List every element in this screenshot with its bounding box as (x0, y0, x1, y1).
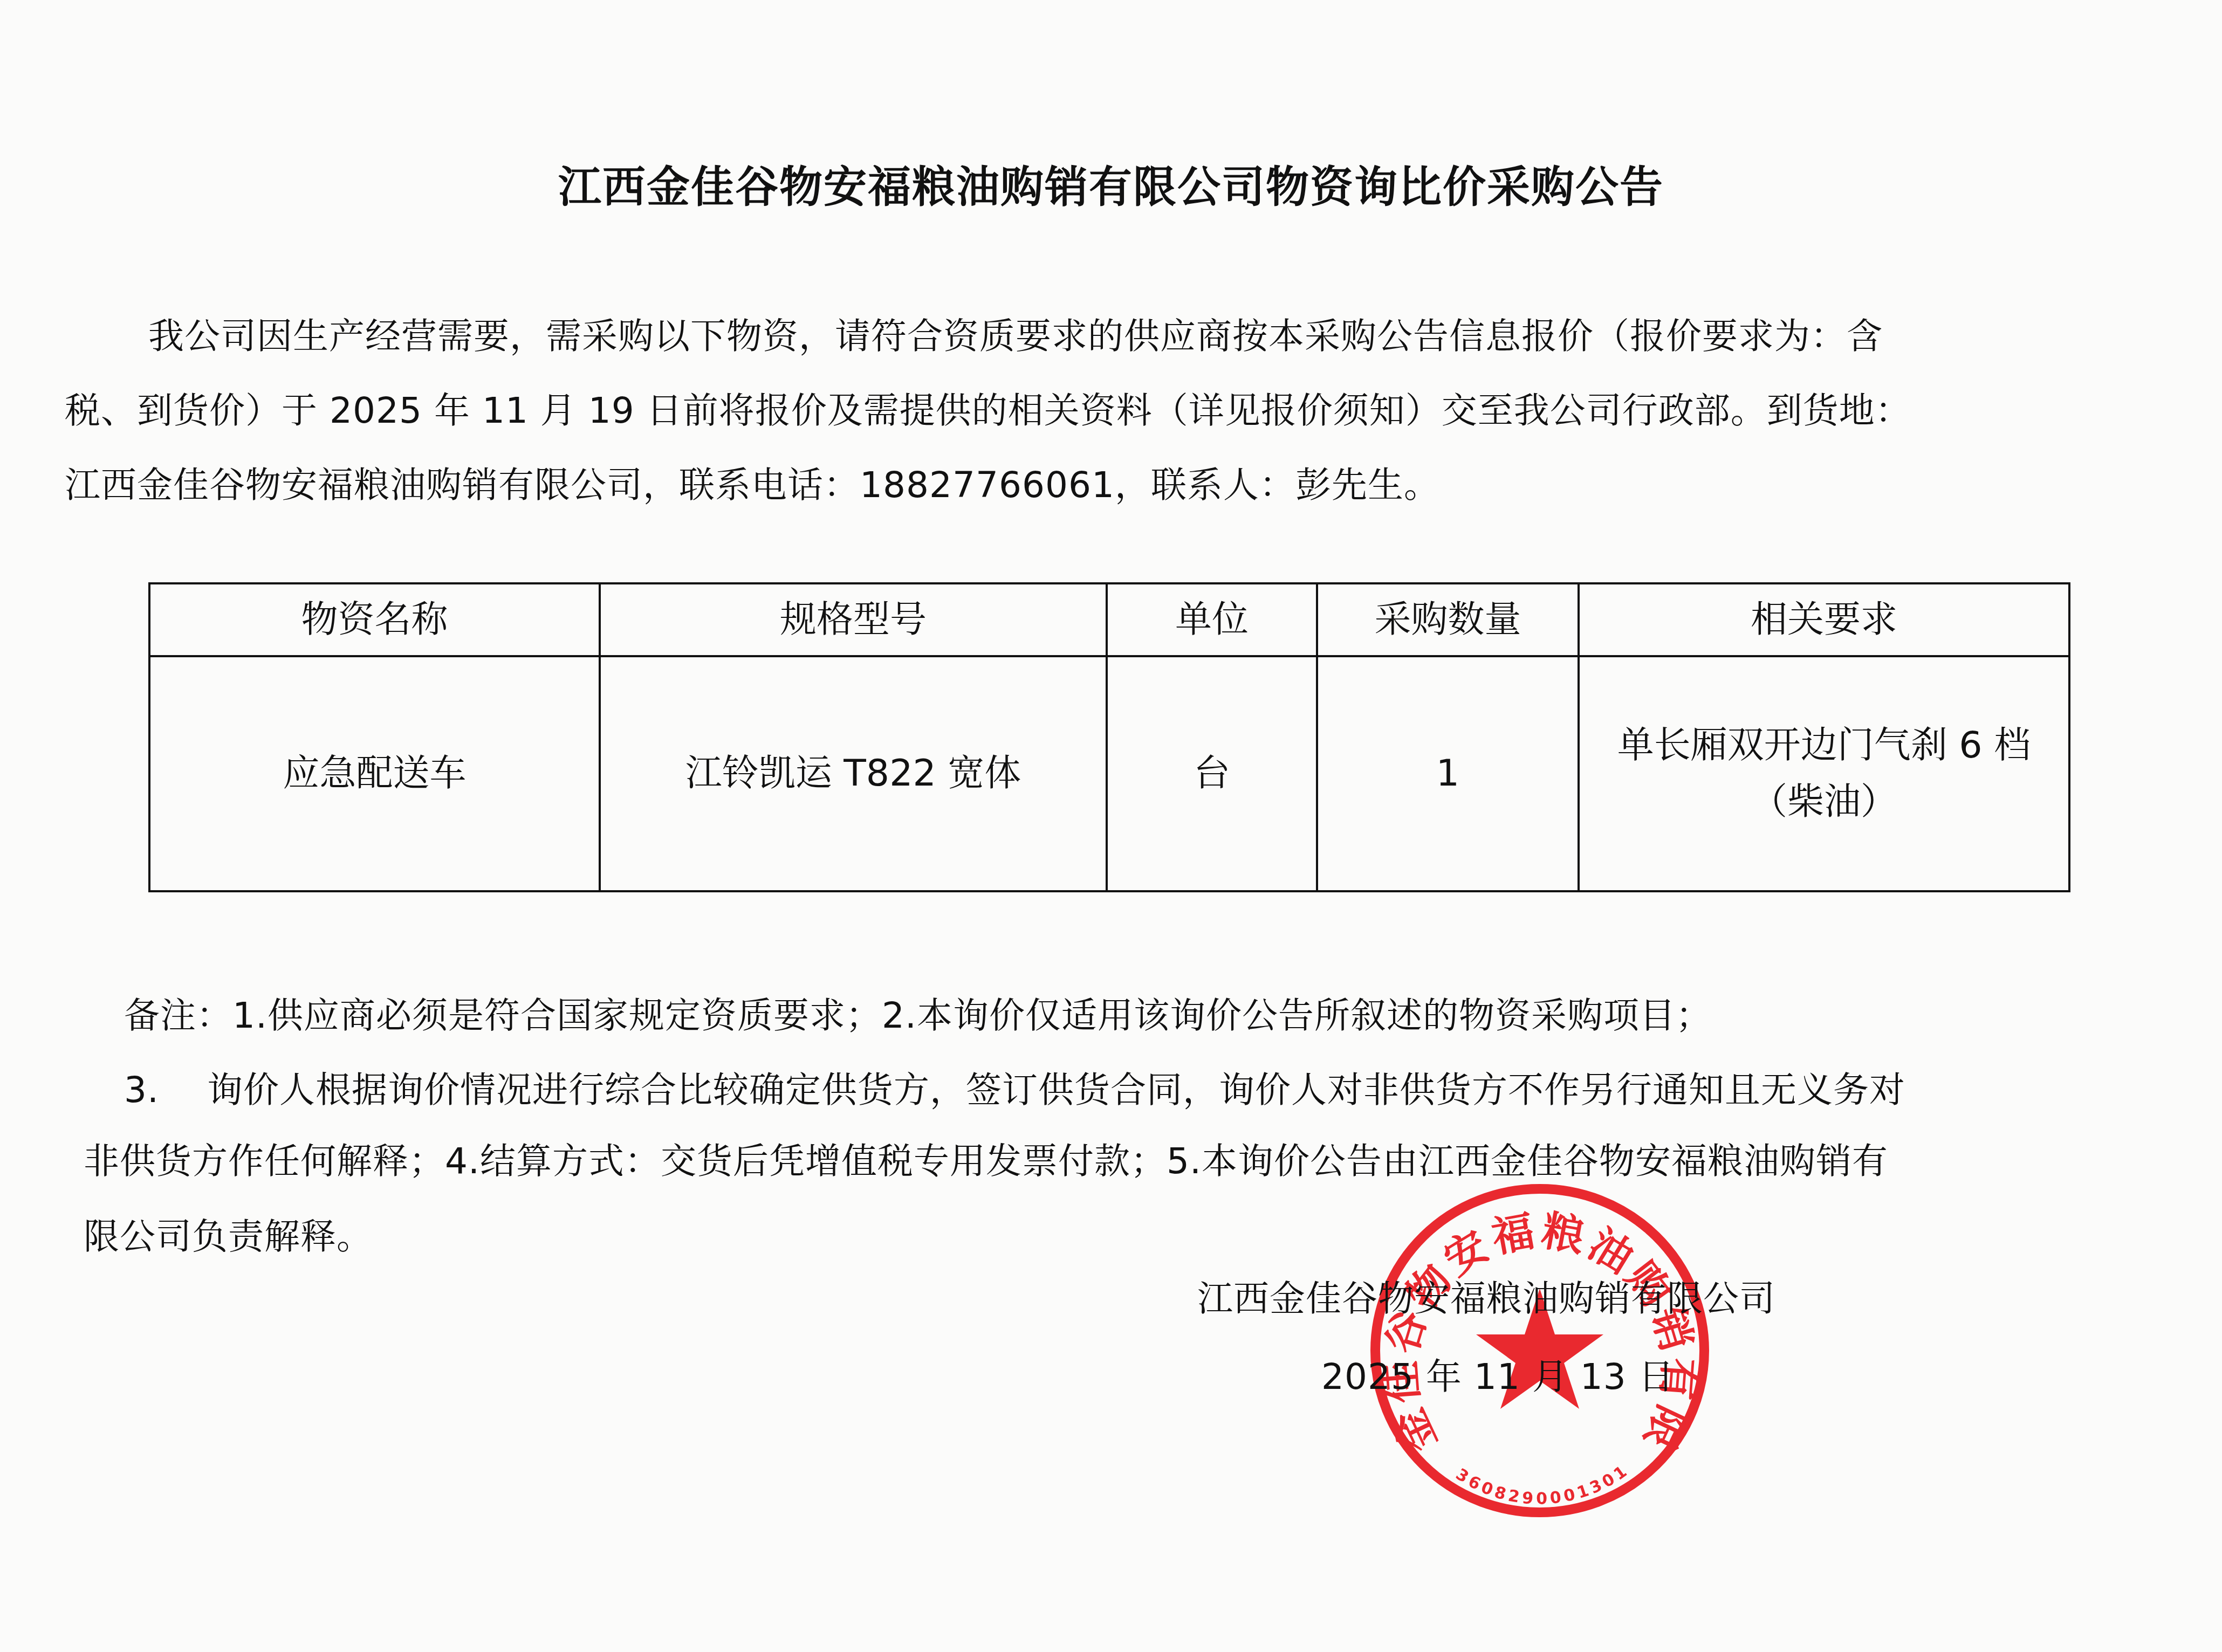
cell-unit: 台 (1107, 656, 1317, 891)
table-header-row: 物资名称 规格型号 单位 采购数量 相关要求 (149, 583, 2069, 656)
intro-line-3: 江西金佳谷物安福粮油购销有限公司，联系电话：18827766061，联系人：彭先… (65, 456, 1440, 507)
requirement-line-1: 单长厢双开边门气刹 6 档 (1590, 717, 2058, 774)
notes-line-2: 3. 询价人根据询价情况进行综合比较确定供货方，签订供货合同，询价人对非供货方不… (124, 1061, 1905, 1112)
procurement-table: 物资名称 规格型号 单位 采购数量 相关要求 应急配送车 江铃凯运 T822 宽… (148, 582, 2070, 892)
notes-line-3: 非供货方作任何解释；4.结算方式：交货后凭增值税专用发票付款；5.本询价公告由江… (84, 1132, 1888, 1183)
cell-requirements: 单长厢双开边门气刹 6 档 （柴油） (1579, 656, 2069, 891)
notes-line-4: 限公司负责解释。 (84, 1208, 373, 1259)
requirement-line-2: （柴油） (1590, 774, 2058, 830)
notes-line-1: 备注：1.供应商必须是符合国家规定资质要求；2.本询价仅适用该询价公告所叙述的物… (124, 987, 1712, 1038)
intro-line-2: 税、到货价）于 2025 年 11 月 19 日前将报价及需提供的相关资料（详见… (65, 382, 1911, 433)
document-title: 江西金佳谷物安福粮油购销有限公司物资询比价采购公告 (0, 152, 2222, 214)
header-requirements: 相关要求 (1579, 583, 2069, 656)
cell-model: 江铃凯运 T822 宽体 (600, 656, 1107, 891)
intro-line-1: 我公司因生产经营需要，需采购以下物资，请符合资质要求的供应商按本采购公告信息报价… (148, 307, 1883, 359)
svg-text:3608290001301: 3608290001301 (1452, 1461, 1633, 1509)
header-quantity: 采购数量 (1317, 583, 1579, 656)
cell-quantity: 1 (1317, 656, 1579, 891)
cell-item-name: 应急配送车 (149, 656, 600, 891)
header-unit: 单位 (1107, 583, 1317, 656)
signature-date: 2025 年 11 月 13 日 (1321, 1348, 1675, 1399)
header-item-name: 物资名称 (149, 583, 600, 656)
signature-company: 江西金佳谷物安福粮油购销有限公司 (1197, 1270, 1775, 1321)
announcement-page: 江西金佳谷物安福粮油购销有限公司物资询比价采购公告 我公司因生产经营需要，需采购… (0, 0, 2222, 1652)
table-row: 应急配送车 江铃凯运 T822 宽体 台 1 单长厢双开边门气刹 6 档 （柴油… (149, 656, 2069, 891)
header-model: 规格型号 (600, 583, 1107, 656)
